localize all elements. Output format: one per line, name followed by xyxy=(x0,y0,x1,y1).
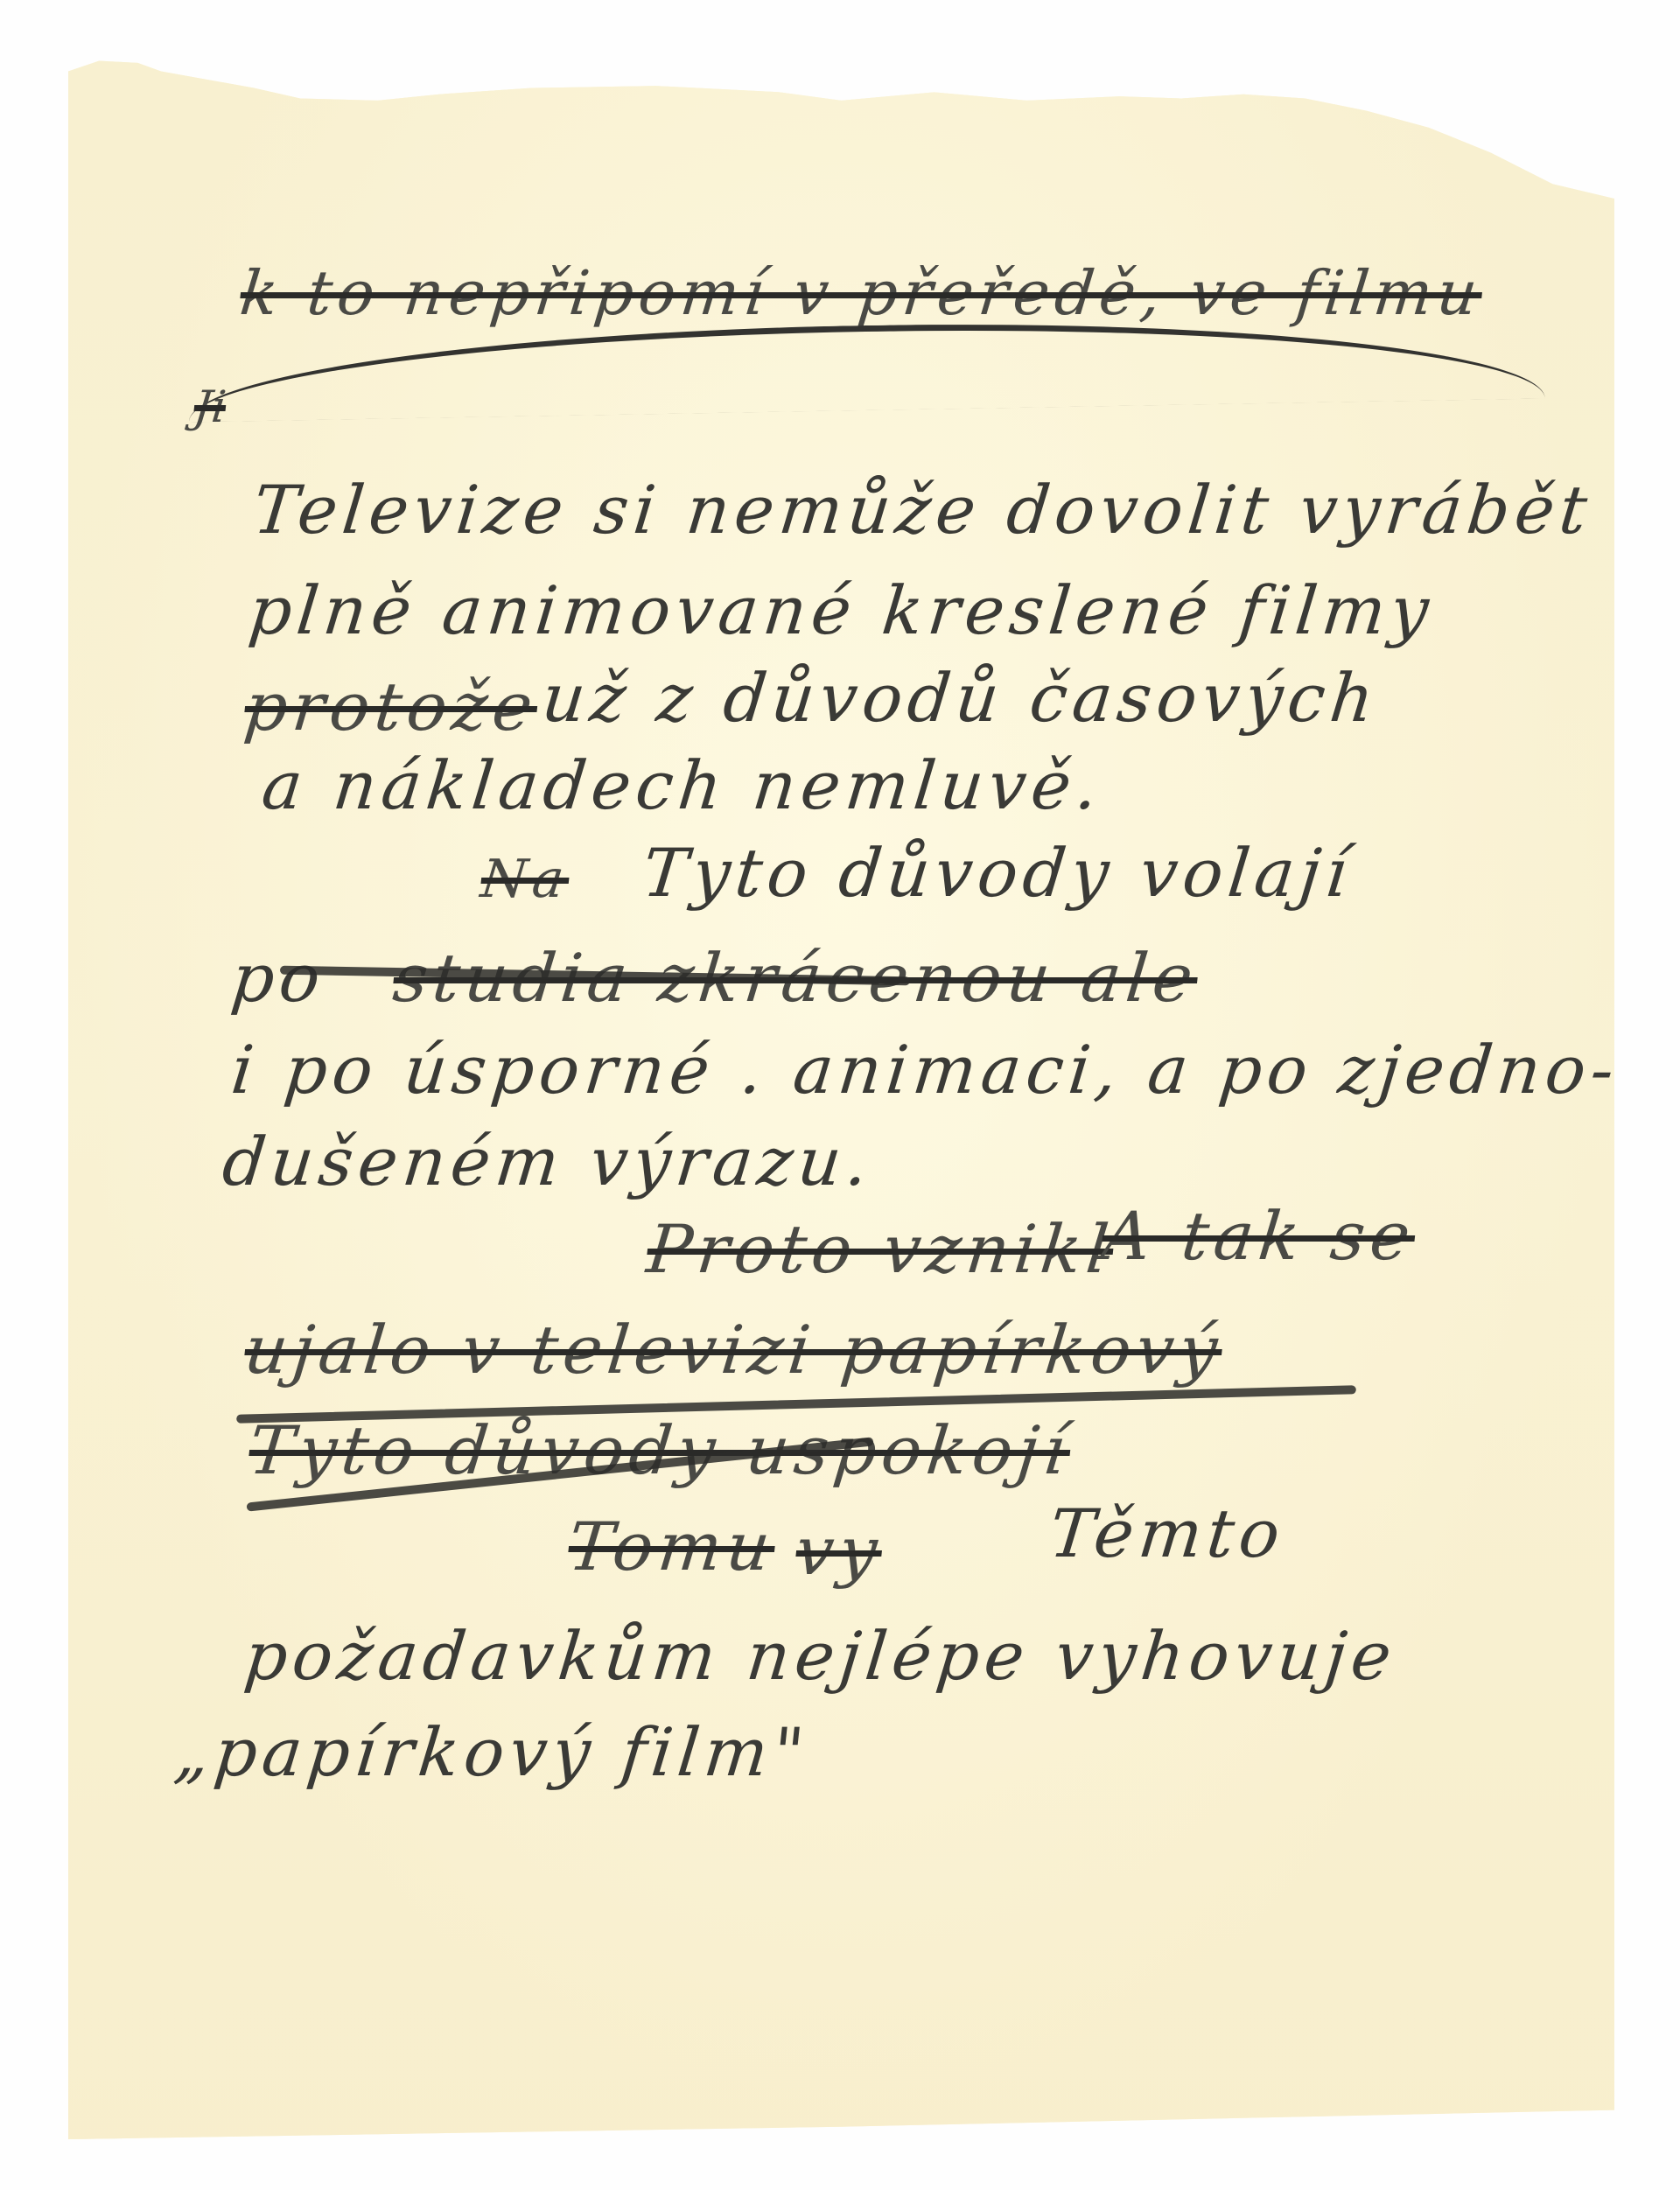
struck-word: Tomu xyxy=(565,1514,779,1580)
handwritten-line: „papírkový film" xyxy=(171,1719,812,1786)
handwritten-line: Tyto důvody volají xyxy=(640,840,1355,906)
handwritten-word: Těmto xyxy=(1046,1501,1288,1567)
handwritten-line: plně animované kreslené filmy xyxy=(246,577,1437,644)
handwritten-word: po xyxy=(228,945,328,1011)
struck-word: protože xyxy=(241,674,541,740)
struck-margin-mark: Ji xyxy=(192,385,227,429)
struck-phrase: A tak se xyxy=(1099,1203,1418,1270)
struck-word: vy xyxy=(793,1518,885,1585)
struck-line-1: k to nepřipomí v přeředě, ve filmu xyxy=(237,262,1485,324)
handwritten-line: požadavkům nejlépe vyhovuje xyxy=(241,1623,1399,1690)
struck-word: Na xyxy=(479,853,572,906)
handwritten-line: Televize si nemůže dovolit vyrábět xyxy=(250,477,1595,543)
handwritten-line: dušeném výrazu. xyxy=(220,1129,876,1195)
handwritten-line: a nákladech nemluvě. xyxy=(259,752,1106,819)
struck-phrase: Proto vznikl xyxy=(644,1216,1116,1283)
handwritten-line: i po úsporné . animaci, a po zjedno- xyxy=(228,1037,1622,1103)
struck-line: Tyto důvody uspokojí xyxy=(246,1417,1074,1484)
handwritten-line: už z důvodů časových xyxy=(539,665,1382,731)
struck-line: ujalo v televizi papírkový xyxy=(241,1317,1226,1383)
